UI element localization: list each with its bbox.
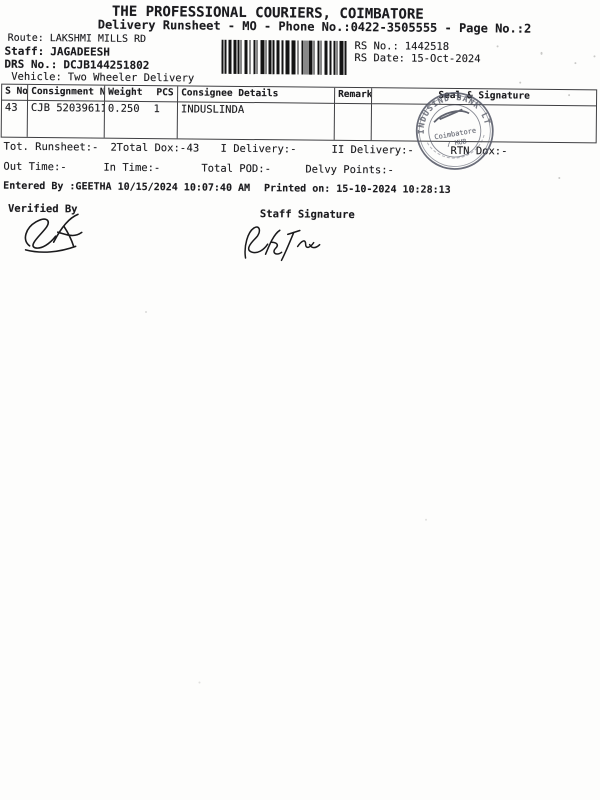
staff-value: JAGADEESH xyxy=(50,45,110,59)
ii-delivery-label: II Delivery:- xyxy=(332,144,414,157)
scan-noise-dot xyxy=(425,519,427,521)
scan-noise-dot xyxy=(558,177,560,179)
i-delivery-label: I Delivery:- xyxy=(221,143,297,156)
delivery-runsheet-document: THE PROFESSIONAL COURIERS, COIMBATORE De… xyxy=(0,0,600,800)
row-pcs: 1 xyxy=(153,103,160,137)
col-header-weight-pcs: Weight PCS xyxy=(105,86,178,103)
barcode-icon xyxy=(221,40,347,75)
vehicle-label: Vehicle: xyxy=(11,71,62,83)
row-weight-pcs: 0.250 1 xyxy=(105,102,178,139)
consignment-table: S No Consignment No Weight PCS Consignee… xyxy=(1,84,597,144)
col-header-sno: S No xyxy=(2,85,28,101)
route-value: LAKSHMI MILLS RD xyxy=(50,33,146,45)
staff-label: Staff: xyxy=(4,45,44,58)
entered-by-value: GEETHA 10/15/2024 10:07:40 AM xyxy=(75,181,250,194)
total-dox-value: 43 xyxy=(187,142,200,154)
document-subtitle: Delivery Runsheet - MO - Phone No.:0422-… xyxy=(98,18,532,36)
staff-signature-label: Staff Signature xyxy=(260,208,355,221)
col-header-consignee: Consignee Details xyxy=(178,86,335,104)
delvy-points-label: Delvy Points:- xyxy=(305,164,394,177)
rs-no-line: RS No.:1442518 xyxy=(355,40,450,53)
row-consignee: INDUSLINDA xyxy=(178,102,335,140)
staff-line: Staff:JAGADEESH xyxy=(4,45,109,59)
rs-date-value: 15-Oct-2024 xyxy=(411,53,481,66)
scan-noise-dot xyxy=(145,311,147,313)
times-row: Out Time:- In Time:- Total POD:- Delvy P… xyxy=(0,161,598,167)
out-time-label: Out Time:- xyxy=(3,161,66,174)
scan-noise-dot xyxy=(519,82,521,84)
row-weight: 0.250 xyxy=(108,103,140,137)
printed-on-value: 15-10-2024 10:28:13 xyxy=(336,184,450,196)
printed-on-label: Printed on: xyxy=(264,183,330,195)
drs-label: DRS No.: xyxy=(4,58,57,72)
vehicle-value: Two Wheeler Delivery xyxy=(68,71,195,84)
route-line: Route:LAKSHMI MILLS RD xyxy=(8,33,147,45)
total-dox-label: Total Dox:- xyxy=(117,142,187,155)
round-seal-stamp-icon: INDUSIND BANK LT Coimbatore / HUB xyxy=(405,82,504,181)
staff-signature-scribble xyxy=(235,220,320,269)
rs-no-label: RS No.: xyxy=(355,40,399,52)
entered-by-label: Entered By : xyxy=(3,181,75,193)
tot-runsheet-label: Tot. Runsheet:- xyxy=(4,141,99,154)
rs-date-label: RS Date: xyxy=(354,52,405,64)
col-header-pcs: PCS xyxy=(156,87,173,100)
vehicle-line: Vehicle:Two Wheeler Delivery xyxy=(11,71,194,85)
row-sno: 43 xyxy=(2,101,28,137)
col-header-weight: Weight xyxy=(108,87,142,100)
drs-value: DCJB144251802 xyxy=(63,58,149,72)
col-header-remarks: Remarks xyxy=(335,88,372,104)
scan-noise-dot xyxy=(574,62,576,64)
scan-noise-dot xyxy=(593,55,595,57)
in-time-label: In Time:- xyxy=(103,162,160,175)
scan-noise-dot xyxy=(568,94,570,96)
rs-date-line: RS Date:15-Oct-2024 xyxy=(354,52,480,65)
verified-by-signature xyxy=(16,206,96,257)
scan-noise-dot xyxy=(198,682,200,684)
scan-noise-dot xyxy=(497,45,499,47)
route-label: Route: xyxy=(8,33,44,44)
row-remarks xyxy=(335,104,372,140)
entered-printed-row: Entered By :GEETHA 10/15/2024 10:07:40 A… xyxy=(3,181,451,196)
col-header-consignment: Consignment No xyxy=(28,85,105,102)
total-pod-label: Total POD:- xyxy=(201,163,271,176)
scan-noise-dot xyxy=(540,52,542,55)
stamp-center-line2: / HUB xyxy=(446,137,467,148)
row-consignment-no: CJB 520396110 xyxy=(28,101,105,138)
rs-no-value: 1442518 xyxy=(405,41,449,53)
